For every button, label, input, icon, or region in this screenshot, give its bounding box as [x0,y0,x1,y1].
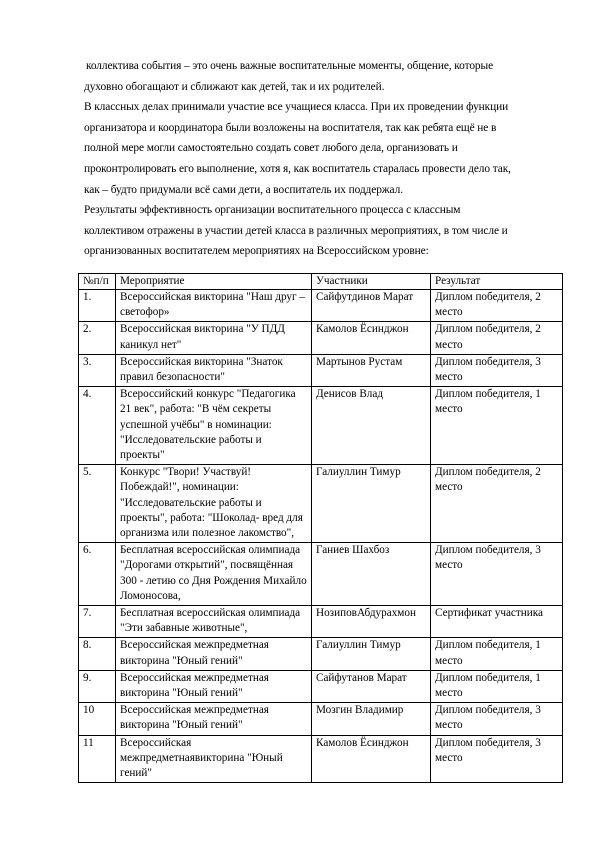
cell-participant: Камолов Ёсинджон [312,735,431,783]
cell-participant: Денисов Влад [312,387,431,465]
cell-participant: Камолов Ёсинджон [312,322,431,354]
cell-event: Бесплатная всероссийская олимпиада "Эти … [116,606,312,638]
cell-result: Диплом победителя, 3 место [431,543,563,606]
table-row: 2.Всероссийская викторина "У ПДД каникул… [79,322,563,354]
cell-event: Конкурс "Твори! Участвуй! Побеждай!", но… [116,465,312,543]
cell-participant: Мартынов Рустам [312,354,431,386]
table-row: 8.Всероссийская межпредметная викторина … [79,638,563,670]
cell-participant: Сайфутанов Марат [312,670,431,702]
cell-number: 4. [79,387,116,465]
cell-result: Диплом победителя, 2 место [431,465,563,543]
table-header-row: №п/п Мероприятие Участники Результат [79,274,563,290]
cell-event: Всероссийская межпредметнаявикторина "Юн… [116,735,312,783]
paragraph-line: Результаты эффективность организации вос… [84,200,554,221]
cell-number: 11 [79,735,116,783]
cell-event: Всероссийская межпредметная викторина "Ю… [116,703,312,735]
cell-result: Диплом победителя, 1 место [431,638,563,670]
cell-participant: Галиуллин Тимур [312,465,431,543]
cell-result: Диплом победителя, 1 место [431,387,563,465]
header-result: Результат [431,274,563,290]
header-number: №п/п [79,274,116,290]
table-row: 5.Конкурс "Твори! Участвуй! Побеждай!", … [79,465,563,543]
cell-participant: НозиповАбдурахмон [312,606,431,638]
paragraph-line: организатора и координатора были возложе… [84,118,554,139]
cell-number: 6. [79,543,116,606]
cell-participant: Сайфутдинов Марат [312,290,431,322]
table-row: 9.Всероссийская межпредметная викторина … [79,670,563,702]
paragraph-line: коллективом отражены в участии детей кла… [84,221,554,242]
table-row: 6.Бесплатная всероссийская олимпиада "До… [79,543,563,606]
cell-event: Всероссийская викторина "Наш друг – свет… [116,290,312,322]
table-row: 3.Всероссийская викторина "Знаток правил… [79,354,563,386]
table-row: 7.Бесплатная всероссийская олимпиада "Эт… [79,606,563,638]
cell-number: 2. [79,322,116,354]
table-row: 4.Всероссийский конкурс "Педагогика 21 в… [79,387,563,465]
cell-number: 8. [79,638,116,670]
paragraph-line: как – будто придумали всё сами дети, а в… [84,180,554,201]
cell-result: Сертификат участника [431,606,563,638]
header-participants: Участники [312,274,431,290]
cell-event: Всероссийский конкурс "Педагогика 21 век… [116,387,312,465]
table-row: 11Всероссийская межпредметнаявикторина "… [79,735,563,783]
paragraph-line: организованных воспитателем мероприятиях… [84,241,554,262]
cell-event: Всероссийская межпредметная викторина "Ю… [116,638,312,670]
cell-number: 10 [79,703,116,735]
cell-number: 9. [79,670,116,702]
cell-event: Всероссийская викторина "Знаток правил б… [116,354,312,386]
cell-result: Диплом победителя, 2 место [431,322,563,354]
table-row: 10Всероссийская межпредметная викторина … [79,703,563,735]
table-row: 1.Всероссийская викторина "Наш друг – св… [79,290,563,322]
cell-number: 7. [79,606,116,638]
paragraph-line: духовно обогащают и сближают как детей, … [84,77,554,98]
cell-number: 1. [79,290,116,322]
header-event: Мероприятие [116,274,312,290]
paragraph-line: полной мере могли самостоятельно создать… [84,138,554,159]
cell-number: 3. [79,354,116,386]
paragraph-line: В классных делах принимали участие все у… [84,97,554,118]
cell-event: Всероссийская межпредметная викторина "Ю… [116,670,312,702]
cell-result: Диплом победителя, 2 место [431,290,563,322]
cell-result: Диплом победителя, 3 место [431,354,563,386]
results-table: №п/п Мероприятие Участники Результат 1.В… [78,273,563,783]
paragraph-line: коллектива события – это очень важные во… [84,56,554,77]
cell-event: Всероссийская викторина "У ПДД каникул н… [116,322,312,354]
document-page: коллектива события – это очень важные во… [0,0,595,842]
cell-participant: Мозгин Владимир [312,703,431,735]
cell-result: Диплом победителя, 3 место [431,735,563,783]
cell-participant: Ганиев Шахбоз [312,543,431,606]
cell-result: Диплом победителя, 3 место [431,703,563,735]
cell-result: Диплом победителя, 1 место [431,670,563,702]
body-paragraph: коллектива события – это очень важные во… [84,56,554,262]
cell-event: Бесплатная всероссийская олимпиада "Доро… [116,543,312,606]
cell-participant: Галиуллин Тимур [312,638,431,670]
cell-number: 5. [79,465,116,543]
paragraph-line: проконтролировать его выполнение, хотя я… [84,159,554,180]
